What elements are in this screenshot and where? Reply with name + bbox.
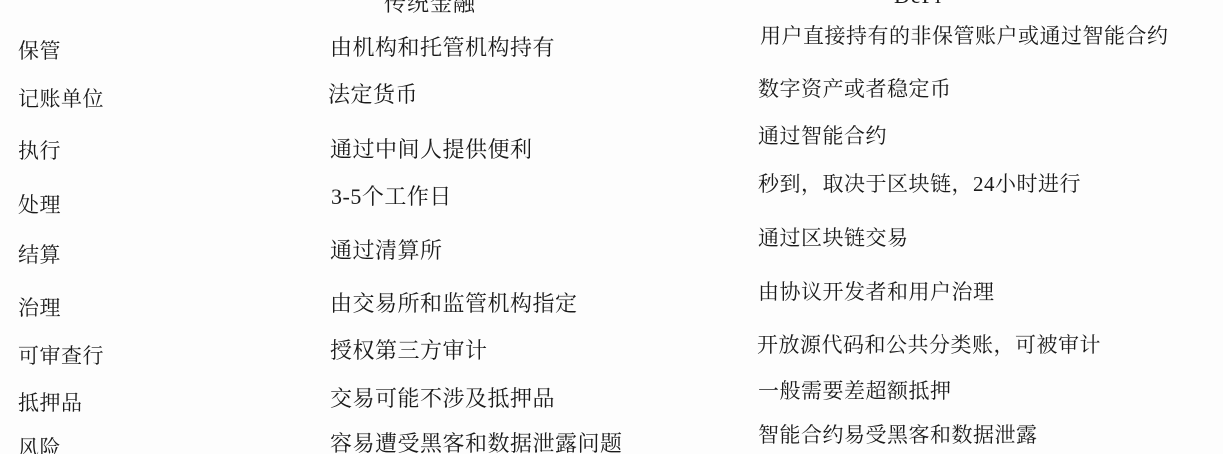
tradfi-cell-collateral: 交易可能不涉及抵押品 [330, 387, 555, 410]
tradfi-cell-governance: 由交易所和监管机构指定 [330, 292, 578, 315]
tradfi-cell-settlement: 通过清算所 [330, 239, 443, 262]
row-label-execution: 执行 [18, 140, 61, 162]
tradfi-cell-execution: 通过中间人提供便利 [330, 138, 533, 161]
defi-cell-settlement: 通过区块链交易 [758, 227, 909, 249]
defi-cell-collateral: 一般需要差超额抵押 [758, 380, 952, 402]
defi-cell-auditability: 开放源代码和公共分类账，可被审计 [757, 334, 1101, 356]
row-label-unit-of-account: 记账单位 [18, 88, 104, 110]
row-label-collateral: 抵押品 [18, 392, 83, 414]
row-label-risk: 风险 [18, 437, 61, 454]
column-header-defi: DeFi [894, 0, 942, 9]
tradfi-cell-auditability: 授权第三方审计 [330, 339, 488, 362]
tradfi-cell-risk: 容易遭受黑客和数据泄露问题 [330, 432, 623, 454]
row-label-processing: 处理 [18, 194, 61, 216]
defi-cell-custody: 用户直接持有的非保管账户或通过智能合约 [760, 25, 1169, 47]
row-label-custody: 保管 [18, 40, 61, 62]
row-label-settlement: 结算 [18, 244, 61, 266]
row-label-auditability: 可审查行 [18, 345, 104, 367]
defi-cell-unit-of-account: 数字资产或者稳定币 [758, 78, 952, 100]
defi-cell-governance: 由协议开发者和用户治理 [758, 281, 995, 303]
tradfi-cell-processing: 3-5个工作日 [331, 185, 452, 208]
tradfi-cell-unit-of-account: 法定货币 [328, 83, 418, 106]
column-header-traditional-finance: 传统金融 [384, 0, 476, 18]
row-label-governance: 治理 [18, 297, 61, 319]
comparison-table: 传统金融 DeFi 保管 记账单位 执行 处理 结算 治理 可审查行 抵押品 风… [0, 0, 1223, 454]
defi-cell-execution: 通过智能合约 [758, 125, 887, 147]
defi-cell-risk: 智能合约易受黑客和数据泄露 [758, 424, 1038, 446]
defi-cell-processing: 秒到，取决于区块链，24小时进行 [758, 173, 1081, 195]
tradfi-cell-custody: 由机构和托管机构持有 [330, 36, 555, 59]
